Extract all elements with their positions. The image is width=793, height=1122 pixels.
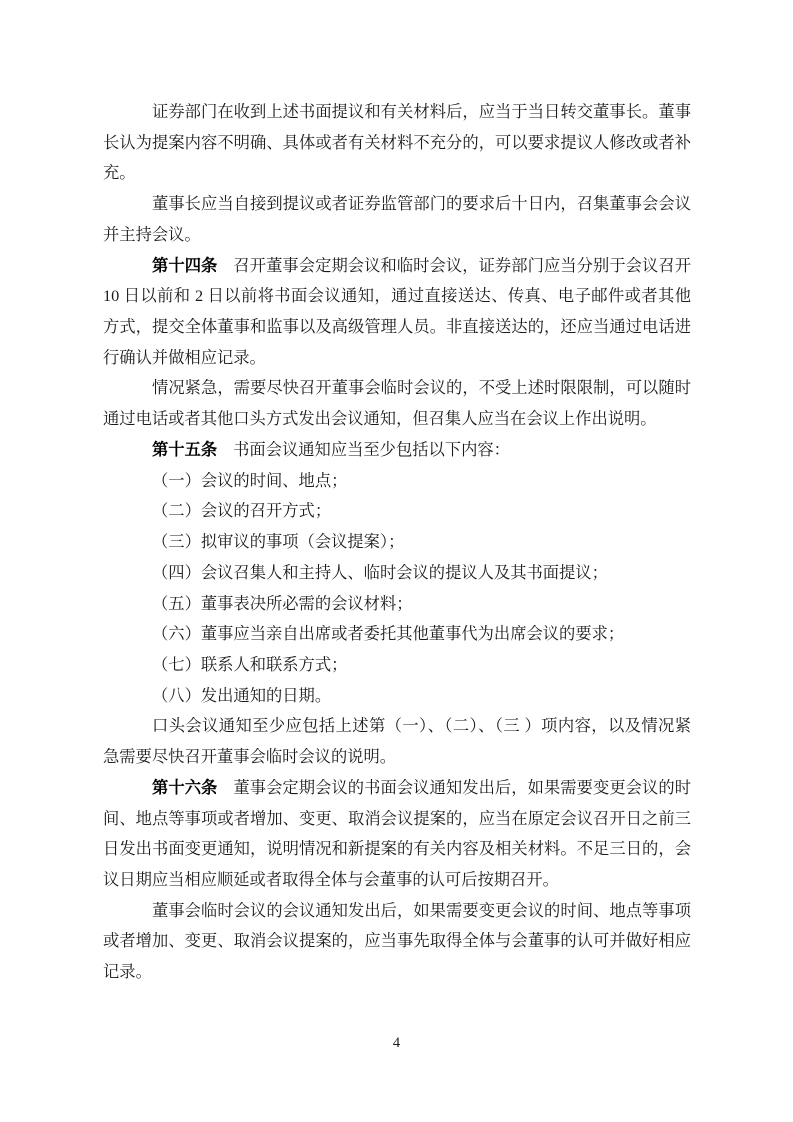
list-item: （五）董事表决所必需的会议材料；: [103, 589, 691, 620]
article-number: 第十五条: [152, 440, 217, 459]
paragraph-text: 书面会议通知应当至少包括以下内容：: [233, 440, 510, 459]
list-item: （八）发出通知的日期。: [103, 681, 691, 712]
paragraph-text: 董事会临时会议的会议通知发出后，如果需要变更会议的时间、地点等事项或者增加、变更…: [103, 901, 691, 981]
list-item: （一）会议的时间、地点；: [103, 466, 691, 497]
paragraph-text: （七）联系人和联系方式；: [152, 655, 347, 674]
paragraph-text: （八）发出通知的日期。: [152, 686, 331, 705]
paragraph-text: （六）董事应当亲自出席或者委托其他董事代为出席会议的要求；: [152, 624, 624, 643]
article-paragraph: 第十六条董事会定期会议的书面会议通知发出后，如果需要变更会议的时间、地点等事项或…: [103, 773, 691, 896]
page-footer: 4: [0, 1034, 793, 1052]
article-number: 第十六条: [152, 778, 217, 797]
paragraph-text: （三）拟审议的事项（会议提案）；: [152, 532, 404, 551]
paragraph-text: （二）会议的召开方式；: [152, 501, 331, 520]
list-item: （六）董事应当亲自出席或者委托其他董事代为出席会议的要求；: [103, 619, 691, 650]
paragraph-text: （四）会议召集人和主持人、临时会议的提议人及其书面提议；: [152, 563, 608, 582]
article-paragraph: 第十四条召开董事会定期会议和临时会议，证券部门应当分别于会议召开 10 日以前和…: [103, 251, 691, 374]
body-paragraph: 董事长应当自接到提议或者证券监管部门的要求后十日内，召集董事会会议并主持会议。: [103, 189, 691, 250]
list-item: （七）联系人和联系方式；: [103, 650, 691, 681]
paragraph-text: 情况紧急，需要尽快召开董事会临时会议的，不受上述时限限制，可以随时通过电话或者其…: [103, 378, 691, 428]
list-item: （四）会议召集人和主持人、临时会议的提议人及其书面提议；: [103, 558, 691, 589]
body-paragraph: 董事会临时会议的会议通知发出后，如果需要变更会议的时间、地点等事项或者增加、变更…: [103, 896, 691, 988]
document-page: 证券部门在收到上述书面提议和有关材料后，应当于当日转交董事长。董事长认为提案内容…: [0, 0, 793, 1122]
paragraph-text: 董事长应当自接到提议或者证券监管部门的要求后十日内，召集董事会会议并主持会议。: [103, 194, 691, 244]
list-item: （二）会议的召开方式；: [103, 496, 691, 527]
document-body: 证券部门在收到上述书面提议和有关材料后，应当于当日转交董事长。董事长认为提案内容…: [103, 97, 691, 988]
article-number: 第十四条: [152, 256, 217, 275]
body-paragraph: 证券部门在收到上述书面提议和有关材料后，应当于当日转交董事长。董事长认为提案内容…: [103, 97, 691, 189]
list-item: （三）拟审议的事项（会议提案）；: [103, 527, 691, 558]
paragraph-text: （五）董事表决所必需的会议材料；: [152, 594, 413, 613]
body-paragraph: 口头会议通知至少应包括上述第（一）、（二）、（三 ）项内容，以及情况紧急需要尽快…: [103, 711, 691, 772]
body-paragraph: 情况紧急，需要尽快召开董事会临时会议的，不受上述时限限制，可以随时通过电话或者其…: [103, 373, 691, 434]
page-number: 4: [393, 1035, 400, 1051]
article-paragraph: 第十五条书面会议通知应当至少包括以下内容：: [103, 435, 691, 466]
paragraph-text: （一）会议的时间、地点；: [152, 471, 347, 490]
paragraph-text: 证券部门在收到上述书面提议和有关材料后，应当于当日转交董事长。董事长认为提案内容…: [103, 102, 691, 182]
paragraph-text: 口头会议通知至少应包括上述第（一）、（二）、（三 ）项内容，以及情况紧急需要尽快…: [103, 716, 691, 766]
